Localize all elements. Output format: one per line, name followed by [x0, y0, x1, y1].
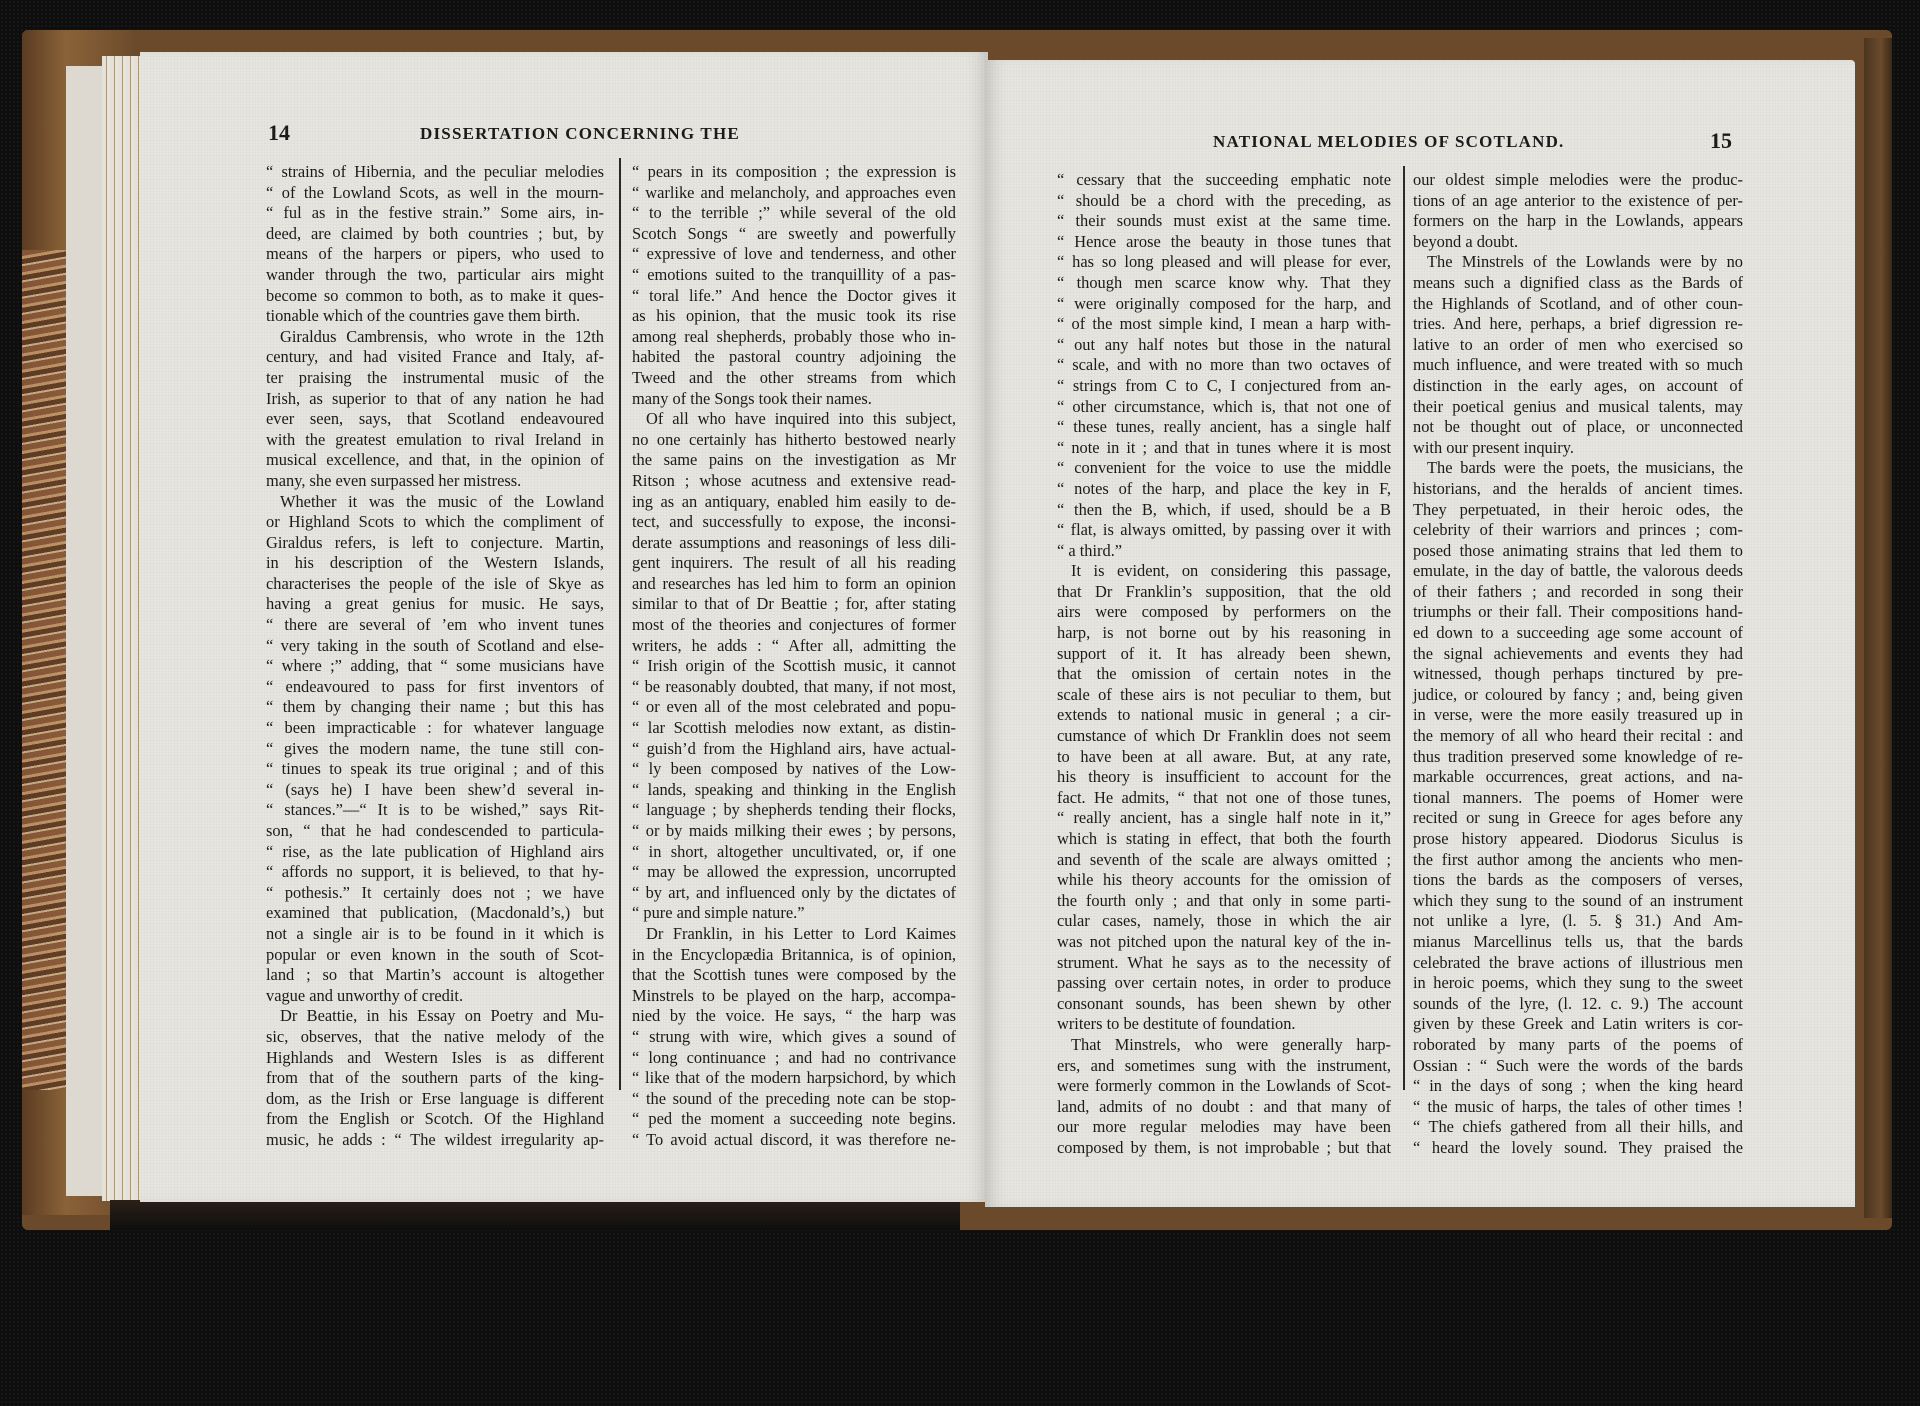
text-line: “ The chiefs gathered from all their hil…: [1413, 1117, 1743, 1138]
text-line: Highlands and Western Isles is as differ…: [266, 1048, 604, 1069]
text-line: “ were originally composed for the harp,…: [1057, 294, 1391, 315]
text-line: which is stating in effect, that both th…: [1057, 829, 1391, 850]
text-line: “ Hence arose the beauty in those tunes …: [1057, 232, 1391, 253]
text-line: thus tradition preserved some knowledge …: [1413, 747, 1743, 768]
text-line: ever seen, says, that Scotland endeavour…: [266, 409, 604, 430]
text-line: among real shepherds, probably those who…: [632, 327, 956, 348]
text-line: “ toral life.” And hence the Doctor give…: [632, 286, 956, 307]
text-line: cumstance of which Dr Franklin does not …: [1057, 726, 1391, 747]
text-line: given by these Greek and Latin writers i…: [1413, 1014, 1743, 1035]
text-line: “ has so long pleased and will please fo…: [1057, 252, 1391, 273]
text-line: in the Encyclopædia Britannica, is of op…: [632, 945, 956, 966]
text-line: “ expressive of love and tenderness, and…: [632, 244, 956, 265]
text-line: formers on the harp in the Lowlands, app…: [1413, 211, 1743, 232]
text-line: Minstrels to be played on the harp, acco…: [632, 986, 956, 1007]
cover-right-board: [1864, 38, 1892, 1218]
text-line: ers, and sometimes sung with the instrum…: [1057, 1056, 1391, 1077]
text-line: “ their sounds must exist at the same ti…: [1057, 211, 1391, 232]
text-line: and seventh of the scale are always omit…: [1057, 850, 1391, 871]
text-line: Of all who have inquired into this subje…: [632, 409, 956, 430]
text-line: “ ful as in the festive strain.” Some ai…: [266, 203, 604, 224]
marbled-edge: [22, 250, 70, 1090]
text-line: that the Scottish tunes were composed by…: [632, 965, 956, 986]
text-line: his theory is insufficient to account fo…: [1057, 767, 1391, 788]
text-line: “ strung with wire, which gives a sound …: [632, 1027, 956, 1048]
text-line: in heroic poems, which they sung to the …: [1413, 973, 1743, 994]
text-line: as his opinion, that the music took its …: [632, 306, 956, 327]
text-column-2: our oldest simple melodies were the prod…: [1413, 170, 1743, 1159]
text-line: land, admits of no doubt : and that many…: [1057, 1097, 1391, 1118]
text-line: deed, are claimed by both countries ; bu…: [266, 224, 604, 245]
text-line: “ language ; by shepherds tending their …: [632, 800, 956, 821]
text-line: roborated by many parts of the poems of: [1413, 1035, 1743, 1056]
text-line: “ strings from C to C, I conjectured fro…: [1057, 376, 1391, 397]
text-line: not be thought out of place, or unconnec…: [1413, 417, 1743, 438]
text-line: tect, and successfully to expose, the in…: [632, 512, 956, 533]
text-line: triumphs or their fall. Their compositio…: [1413, 602, 1743, 623]
text-line: “ guish’d from the Highland airs, have a…: [632, 739, 956, 760]
text-line: “ or even all of the most celebrated and…: [632, 697, 956, 718]
text-line: wander through the two, particular airs …: [266, 265, 604, 286]
text-line: “ should be a chord with the preceding, …: [1057, 191, 1391, 212]
text-line: “ lar Scottish melodies now extant, as d…: [632, 718, 956, 739]
text-line: “ convenient for the voice to use the mi…: [1057, 458, 1391, 479]
page-edges: [102, 56, 142, 1201]
text-line: having a great genius for music. He says…: [266, 594, 604, 615]
text-line: sounds of the lyre, (l. 12. c. 9.) The a…: [1413, 994, 1743, 1015]
text-line: prose history appeared. Diodorus Siculus…: [1413, 829, 1743, 850]
text-line: “ of the most simple kind, I mean a harp…: [1057, 314, 1391, 335]
text-line: no one certainly has hitherto bestowed n…: [632, 430, 956, 451]
text-line: our more regular melodies may have been: [1057, 1117, 1391, 1138]
text-line: strument. What he says as to the necessi…: [1057, 953, 1391, 974]
text-line: sic, observes, that the native melody of…: [266, 1027, 604, 1048]
text-line: “ pure and simple nature.”: [632, 903, 956, 924]
text-line: son, “ that he had condescended to parti…: [266, 821, 604, 842]
text-line: “ stances.”—“ It is to be wished,” says …: [266, 800, 604, 821]
text-line: support of it. It has already been shewn…: [1057, 644, 1391, 665]
text-line: “ like that of the modern harpsichord, b…: [632, 1068, 956, 1089]
text-line: “ lands, speaking and thinking in the En…: [632, 780, 956, 801]
text-line: “ endeavoured to pass for first inventor…: [266, 677, 604, 698]
text-line: “ notes of the harp, and place the key i…: [1057, 479, 1391, 500]
text-line: musical excellence, and that, in the opi…: [266, 450, 604, 471]
text-line: “ flat, is always omitted, by passing ov…: [1057, 520, 1391, 541]
text-line: “ there are several of ’em who invent tu…: [266, 615, 604, 636]
text-line: “ then the B, which, if used, should be …: [1057, 500, 1391, 521]
text-line: gent inquirers. The result of all his re…: [632, 553, 956, 574]
text-line: which they sung to the sound of an instr…: [1413, 891, 1743, 912]
text-line: “ by art, and influenced only by the dic…: [632, 883, 956, 904]
text-line: “ pothesis.” It certainly does not ; we …: [266, 883, 604, 904]
text-line: Tweed and the other streams from which: [632, 368, 956, 389]
text-line: distinction in the early ages, on accoun…: [1413, 376, 1743, 397]
text-line: with our present inquiry.: [1413, 438, 1743, 459]
text-line: mianus Marcellinus tells us, that the ba…: [1413, 932, 1743, 953]
text-line: not a single air is to be found in it wh…: [266, 924, 604, 945]
text-line: “ of the Lowland Scots, as well in the m…: [266, 183, 604, 204]
text-line: from that of the southern parts of the k…: [266, 1068, 604, 1089]
text-line: “ tinues to speak its true original ; an…: [266, 759, 604, 780]
text-column-2: “ pears in its composition ; the express…: [610, 162, 956, 1151]
text-line: “ affords no support, it is believed, to…: [266, 862, 604, 883]
text-line: the signal achievements and events they …: [1413, 644, 1743, 665]
text-line: “ To avoid actual discord, it was theref…: [632, 1130, 956, 1151]
text-line: “ cessary that the succeeding emphatic n…: [1057, 170, 1391, 191]
flyleaf: [66, 66, 106, 1196]
text-line: their poetical genius and musical talent…: [1413, 397, 1743, 418]
text-line: The bards were the poets, the musicians,…: [1413, 458, 1743, 479]
text-line: “ really ancient, has a single half note…: [1057, 808, 1391, 829]
text-line: celebrity of their warriors and princes …: [1413, 520, 1743, 541]
text-line: that the omission of certain notes in th…: [1057, 664, 1391, 685]
text-line: ter praising the instrumental music of t…: [266, 368, 604, 389]
text-line: our oldest simple melodies were the prod…: [1413, 170, 1743, 191]
text-line: That Minstrels, who were generally harp-: [1057, 1035, 1391, 1056]
text-line: judice, or coloured by fancy ; and, bein…: [1413, 685, 1743, 706]
text-line: “ out any half notes but those in the na…: [1057, 335, 1391, 356]
text-line: ed down to a succeeding age some account…: [1413, 623, 1743, 644]
text-line: “ long continuance ; and had no contriva…: [632, 1048, 956, 1069]
text-line: airs were composed by performers on the: [1057, 602, 1391, 623]
text-line: “ very taking in the south of Scotland a…: [266, 636, 604, 657]
text-line: It is evident, on considering this passa…: [1057, 561, 1391, 582]
text-line: “ heard the lovely sound. They praised t…: [1413, 1138, 1743, 1159]
text-line: fact. He admits, “ that not one of those…: [1057, 788, 1391, 809]
text-line: “ strains of Hibernia, and the peculiar …: [266, 162, 604, 183]
text-line: from the English or Scotch. Of the Highl…: [266, 1109, 604, 1130]
text-line: “ note in it ; and that in tunes where i…: [1057, 438, 1391, 459]
text-line: Whether it was the music of the Lowland: [266, 492, 604, 513]
text-line: much influence, and were treated with so…: [1413, 355, 1743, 376]
text-line: “ scale, and with no more than two octav…: [1057, 355, 1391, 376]
text-line: derate assumptions and reasonings of les…: [632, 533, 956, 554]
text-line: historians, and the heralds of ancient t…: [1413, 479, 1743, 500]
text-line: land ; so that Martin’s account is altog…: [266, 965, 604, 986]
text-line: to have been at all aware. But, at any r…: [1057, 747, 1391, 768]
text-line: the same pains on the investigation as M…: [632, 450, 956, 471]
text-line: Giraldus Cambrensis, who wrote in the 12…: [266, 327, 604, 348]
text-line: most of the theories and conjectures of …: [632, 615, 956, 636]
text-line: composed by them, is not improbable ; bu…: [1057, 1138, 1391, 1159]
text-line: the first author among the ancients who …: [1413, 850, 1743, 871]
text-line: many of the Songs took their names.: [632, 389, 956, 410]
column-rule: [1403, 166, 1405, 1090]
text-line: or Highland Scots to which the complimen…: [266, 512, 604, 533]
text-line: “ in short, altogether uncultivated, or,…: [632, 842, 956, 863]
text-line: were formerly common in the Lowlands of …: [1057, 1076, 1391, 1097]
text-line: beyond a doubt.: [1413, 232, 1743, 253]
text-line: “ pears in its composition ; the express…: [632, 162, 956, 183]
text-line: with the greatest emulation to rival Ire…: [266, 430, 604, 451]
text-line: “ (says he) I have been shew’d several i…: [266, 780, 604, 801]
text-line: the Highlands of Scotland, and of other …: [1413, 294, 1743, 315]
text-line: “ rise, as the late publication of Highl…: [266, 842, 604, 863]
text-line: Dr Franklin, in his Letter to Lord Kaime…: [632, 924, 956, 945]
text-line: “ Irish origin of the Scottish music, it…: [632, 656, 956, 677]
text-line: “ emotions suited to the tranquillity of…: [632, 265, 956, 286]
text-line: and researches has led him to form an op…: [632, 574, 956, 595]
text-line: “ other circumstance, which is, that not…: [1057, 397, 1391, 418]
text-line: “ in the days of song ; when the king he…: [1413, 1076, 1743, 1097]
text-line: means such a dignified class as the Bard…: [1413, 273, 1743, 294]
text-line: habited the pastoral country adjoining t…: [632, 347, 956, 368]
text-line: “ may be allowed the expression, uncorru…: [632, 862, 956, 883]
text-line: “ them by changing their name ; but this…: [266, 697, 604, 718]
text-line: was not pitched upon the natural key of …: [1057, 932, 1391, 953]
text-line: that Dr Franklin’s supposition, that the…: [1057, 582, 1391, 603]
text-line: extends to national music in general ; a…: [1057, 705, 1391, 726]
text-line: scale of these airs is not peculiar to t…: [1057, 685, 1391, 706]
page-number: 14: [268, 120, 290, 146]
text-line: “ ped the moment a succeeding note begin…: [632, 1109, 956, 1130]
text-line: “ or by maids milking their ewes ; by pe…: [632, 821, 956, 842]
text-line: emulate, in the day of battle, the valor…: [1413, 561, 1743, 582]
text-line: harp, is not borne out by his reasoning …: [1057, 623, 1391, 644]
text-line: Giraldus refers, is left to conjecture. …: [266, 533, 604, 554]
text-line: many, she even surpassed her mistress.: [266, 471, 604, 492]
text-line: vague and unworthy of credit.: [266, 986, 604, 1007]
text-line: characterises the people of the isle of …: [266, 574, 604, 595]
text-line: century, and had visited France and Ital…: [266, 347, 604, 368]
text-line: tionable which of the countries gave the…: [266, 306, 604, 327]
text-line: The Minstrels of the Lowlands were by no: [1413, 252, 1743, 273]
text-line: “ the music of harps, the tales of other…: [1413, 1097, 1743, 1118]
right-page: NATIONAL MELODIES OF SCOTLAND. 15 “ cess…: [985, 60, 1855, 1207]
text-line: tional manners. The poems of Homer were: [1413, 788, 1743, 809]
text-line: tions the bards as the composers of vers…: [1413, 870, 1743, 891]
text-line: Ossian : “ Such were the words of the ba…: [1413, 1056, 1743, 1077]
text-line: celebrated the brave actions of illustri…: [1413, 953, 1743, 974]
text-line: not unlike a lyre, (l. 5. § 31.) And Am-: [1413, 911, 1743, 932]
text-line: Scotch Songs “ are sweetly and powerfull…: [632, 224, 956, 245]
text-line: become so common to both, as to make it …: [266, 286, 604, 307]
text-line: “ a third.”: [1057, 541, 1391, 562]
text-line: “ be reasonably doubted, that many, if n…: [632, 677, 956, 698]
text-line: “ gives the modern name, the tune still …: [266, 739, 604, 760]
text-line: “ been impracticable : for whatever lang…: [266, 718, 604, 739]
text-line: consonant sounds, has been shewn by othe…: [1057, 994, 1391, 1015]
text-line: “ warlike and melancholy, and approaches…: [632, 183, 956, 204]
text-line: of their fathers ; and recorded in song …: [1413, 582, 1743, 603]
text-line: Ritson ; whose acutness and extensive re…: [632, 471, 956, 492]
text-line: recited or sung in Greece for ages befor…: [1413, 808, 1743, 829]
text-column-1: “ cessary that the succeeding emphatic n…: [1057, 170, 1391, 1159]
text-line: “ to the terrible ;” while several of th…: [632, 203, 956, 224]
text-line: “ these tunes, really ancient, has a sin…: [1057, 417, 1391, 438]
bottom-shadow: [110, 1200, 960, 1230]
left-page: 14 DISSERTATION CONCERNING THE “ strains…: [140, 52, 988, 1202]
running-head: NATIONAL MELODIES OF SCOTLAND.: [1213, 132, 1565, 152]
text-line: Dr Beattie, in his Essay on Poetry and M…: [266, 1006, 604, 1027]
text-line: the fourth only ; and that only in some …: [1057, 891, 1391, 912]
text-line: ing as an antiquary, enabled him easily …: [632, 492, 956, 513]
text-line: writers, he adds : “ After all, admittin…: [632, 636, 956, 657]
text-line: markable occurrences, great actions, and…: [1413, 767, 1743, 788]
text-line: They perpetuated, in their heroic odes, …: [1413, 500, 1743, 521]
text-line: music, he adds : “ The wildest irregular…: [266, 1130, 604, 1151]
text-line: dom, as the Irish or Erse language is di…: [266, 1089, 604, 1110]
text-line: tions of an age anterior to the existenc…: [1413, 191, 1743, 212]
page-number: 15: [1710, 128, 1732, 154]
text-line: lative to an order of men who exercised …: [1413, 335, 1743, 356]
text-line: the memory of all who heard their recita…: [1413, 726, 1743, 747]
text-line: tries. And here, perhaps, a brief digres…: [1413, 314, 1743, 335]
text-line: “ though men scarce know why. That they: [1057, 273, 1391, 294]
text-column-1: “ strains of Hibernia, and the peculiar …: [266, 162, 604, 1151]
text-line: popular or even known in the south of Sc…: [266, 945, 604, 966]
running-head: DISSERTATION CONCERNING THE: [420, 124, 740, 144]
text-line: in his description of the Western Island…: [266, 553, 604, 574]
text-line: Irish, as superior to that of any nation…: [266, 389, 604, 410]
text-line: “ the sound of the preceding note can be…: [632, 1089, 956, 1110]
text-line: writers to be destitute of foundation.: [1057, 1014, 1391, 1035]
text-line: witnessed, though perhaps tinctured by p…: [1413, 664, 1743, 685]
text-line: “ ly been composed by natives of the Low…: [632, 759, 956, 780]
text-line: passing over certain notes, in order to …: [1057, 973, 1391, 994]
text-line: nied by the voice. He says, “ the harp w…: [632, 1006, 956, 1027]
text-line: “ where ;” adding, that “ some musicians…: [266, 656, 604, 677]
text-line: cular cases, namely, those in which the …: [1057, 911, 1391, 932]
text-line: examined that publication, (Macdonald’s,…: [266, 903, 604, 924]
text-line: while his theory accounts for the omissi…: [1057, 870, 1391, 891]
text-line: in verse, were the more easily treasured…: [1413, 705, 1743, 726]
text-line: means of the harpers or pipers, who used…: [266, 244, 604, 265]
text-line: similar to that of Dr Beattie ; for, aft…: [632, 594, 956, 615]
text-line: posed those animating strains that led t…: [1413, 541, 1743, 562]
